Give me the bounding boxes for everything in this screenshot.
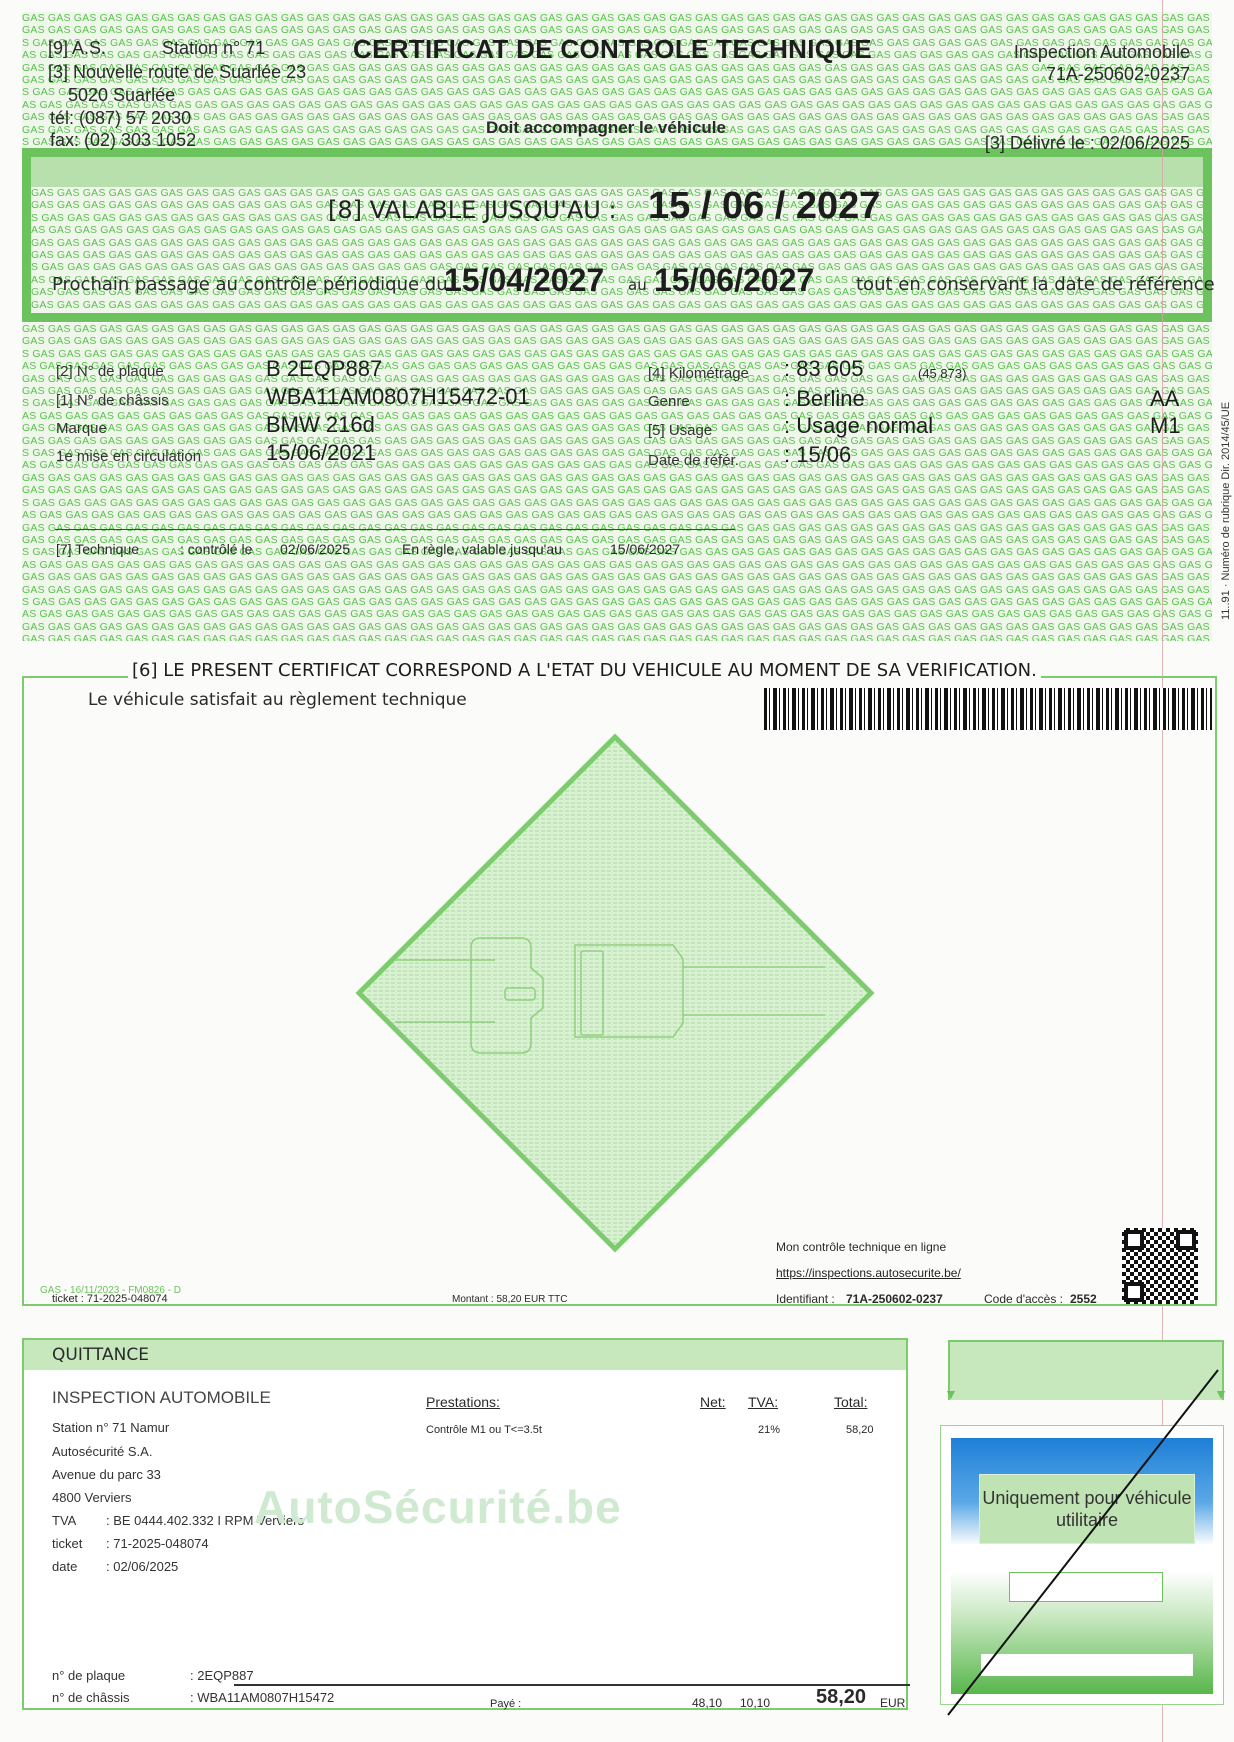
genre-code: AA bbox=[1150, 386, 1179, 412]
cert-ticket: ticket : 71-2025-048074 bbox=[52, 1293, 168, 1305]
subtitle: Doit accompagner le véhicule bbox=[486, 118, 726, 138]
autosecurite-watermark: AutoSécurité.be bbox=[254, 1480, 622, 1534]
receipt-chassis-value: : WBA11AM0807H15472 bbox=[190, 1690, 334, 1705]
receipt-line: Autosécurité S.A. bbox=[52, 1444, 152, 1459]
online-url-link[interactable]: https://inspections.autosecurite.be/ bbox=[776, 1266, 961, 1280]
receipt-company: INSPECTION AUTOMOBILE bbox=[52, 1388, 271, 1408]
paid-tva: 10,10 bbox=[740, 1696, 770, 1710]
col-net: Net: bbox=[700, 1394, 726, 1410]
paid-net: 48,10 bbox=[692, 1696, 722, 1710]
barcode bbox=[764, 688, 1212, 730]
receipt-ticket-label: ticket bbox=[52, 1536, 82, 1551]
receipt-date-value: : 02/06/2025 bbox=[106, 1559, 178, 1574]
receipt-title: QUITTANCE bbox=[52, 1345, 149, 1365]
col-total: Total: bbox=[834, 1394, 867, 1410]
security-pattern-vehicle: GAS GAS GAS GAS GAS GAS GAS GAS GAS GAS … bbox=[22, 323, 1212, 641]
receipt-line: 4800 Verviers bbox=[52, 1490, 132, 1505]
make-label: Marque bbox=[56, 420, 107, 437]
receipt-header bbox=[24, 1340, 906, 1370]
paid-label: Payé : bbox=[490, 1698, 521, 1710]
genre-value: : Berline bbox=[784, 386, 865, 412]
first-registration-label: 1e mise en circulation bbox=[56, 448, 201, 465]
reference-date-value: : 15/06 bbox=[784, 442, 851, 468]
page-title: CERTIFICAT DE CONTROLE TECHNIQUE bbox=[353, 34, 872, 65]
item-service: Contrôle M1 ou T<=3.5t bbox=[426, 1424, 542, 1436]
tva-label: TVA bbox=[52, 1513, 76, 1528]
first-registration-value: 15/06/2021 bbox=[266, 440, 376, 466]
reference-number: 71A-250602-0237 bbox=[1046, 64, 1190, 85]
receipt-line: Station n° 71 Namur bbox=[52, 1420, 169, 1435]
valid-until-date: 15 / 06 / 2027 bbox=[648, 185, 880, 228]
item-total: 58,20 bbox=[846, 1424, 874, 1436]
online-title: Mon contrôle technique en ligne bbox=[776, 1240, 946, 1254]
plate-value: B 2EQP887 bbox=[266, 356, 382, 382]
col-tva: TVA: bbox=[748, 1394, 778, 1410]
certificate-statement: [6] LE PRESENT CERTIFICAT CORRESPOND A L… bbox=[128, 660, 1041, 681]
technique-divider bbox=[55, 529, 735, 530]
receipt-plate-label: n° de plaque bbox=[52, 1668, 125, 1683]
technique-valid-until: 15/06/2027 bbox=[610, 541, 680, 557]
identifier-label: Identifiant : bbox=[776, 1292, 835, 1306]
mileage-value: : 83 605 bbox=[784, 356, 864, 382]
technique-controlled-label: : contrôlé le bbox=[180, 541, 252, 557]
identifier-value: 71A-250602-0237 bbox=[846, 1292, 943, 1306]
station-fax: fax: (02) 303 1052 bbox=[50, 130, 196, 151]
usage-code: M1 bbox=[1150, 413, 1181, 439]
technique-controlled-date: 02/06/2025 bbox=[280, 541, 350, 557]
total-divider bbox=[234, 1684, 910, 1686]
validity-band: GAS GAS GAS GAS GAS GAS GAS GAS GAS GAS … bbox=[22, 148, 1212, 322]
inspection-result: Le véhicule satisfait au règlement techn… bbox=[88, 690, 467, 710]
as-label: [9] A.S. bbox=[48, 38, 106, 59]
access-code-value: 2552 bbox=[1070, 1292, 1097, 1306]
receipt-date-label: date bbox=[52, 1559, 77, 1574]
next-inspection-prefix: Prochain passage au contrôle périodique … bbox=[52, 274, 448, 295]
chassis-value: WBA11AM0807H15472-01 bbox=[266, 384, 530, 410]
usage-value: : Usage normal bbox=[784, 413, 933, 439]
technique-status: En règle, valable jusqu'au bbox=[402, 541, 562, 557]
item-tva: 21% bbox=[758, 1424, 780, 1436]
station-city: 5020 Suarlée bbox=[68, 85, 175, 106]
make-value: BMW 216d bbox=[266, 412, 375, 438]
receipt: QUITTANCE INSPECTION AUTOMOBILE Station … bbox=[22, 1338, 908, 1710]
valid-until-label: [8] VALABLE JUSQU'AU : bbox=[328, 196, 617, 224]
next-inspection-mid: au bbox=[628, 276, 647, 294]
next-inspection-to: 15/06/2027 bbox=[654, 262, 814, 299]
receipt-plate-value: : 2EQP887 bbox=[190, 1668, 254, 1683]
paid-total: 58,20 bbox=[816, 1686, 866, 1709]
paid-currency: EUR bbox=[880, 1696, 905, 1710]
plate-label: [2] N° de plaque bbox=[56, 363, 164, 380]
chassis-label: [1] N° de châssis bbox=[56, 392, 169, 409]
receipt-line: Avenue du parc 33 bbox=[52, 1467, 161, 1482]
directive-note: 11..91 · Numéro de rubrique Dir. 2014/45… bbox=[1220, 402, 1232, 620]
usage-label: [5] Usage bbox=[648, 422, 712, 439]
technique-label: [7] Technique bbox=[56, 541, 139, 557]
seatbelt-diamond-icon bbox=[355, 733, 875, 1253]
reference-date-label: Date de référ. bbox=[648, 452, 739, 469]
station-address: [3] Nouvelle route de Suarlée 23 bbox=[48, 62, 306, 83]
crossed-out-line bbox=[940, 1360, 1230, 1720]
issue-date: [3] Délivré le : 02/06/2025 bbox=[985, 133, 1190, 154]
next-inspection-suffix: tout en conservant la date de référence bbox=[856, 274, 1215, 295]
cert-amount: Montant : 58,20 EUR TTC bbox=[452, 1294, 567, 1305]
station-phone: tél: (087) 57 2030 bbox=[50, 108, 191, 129]
col-service: Prestations: bbox=[426, 1394, 500, 1410]
receipt-chassis-label: n° de châssis bbox=[52, 1690, 129, 1705]
receipt-ticket-value: : 71-2025-048074 bbox=[106, 1536, 209, 1551]
station-number: Station n° 71 bbox=[162, 38, 265, 59]
next-inspection-from: 15/04/2027 bbox=[444, 262, 604, 299]
organization: Inspection Automobile bbox=[1014, 42, 1190, 63]
access-code-label: Code d'accès : bbox=[984, 1292, 1063, 1306]
genre-label: Genre bbox=[648, 393, 690, 410]
mileage-previous: (45 873) bbox=[918, 366, 966, 381]
mileage-label: [4] Kilométrage bbox=[648, 365, 749, 382]
qr-code[interactable] bbox=[1122, 1228, 1198, 1304]
